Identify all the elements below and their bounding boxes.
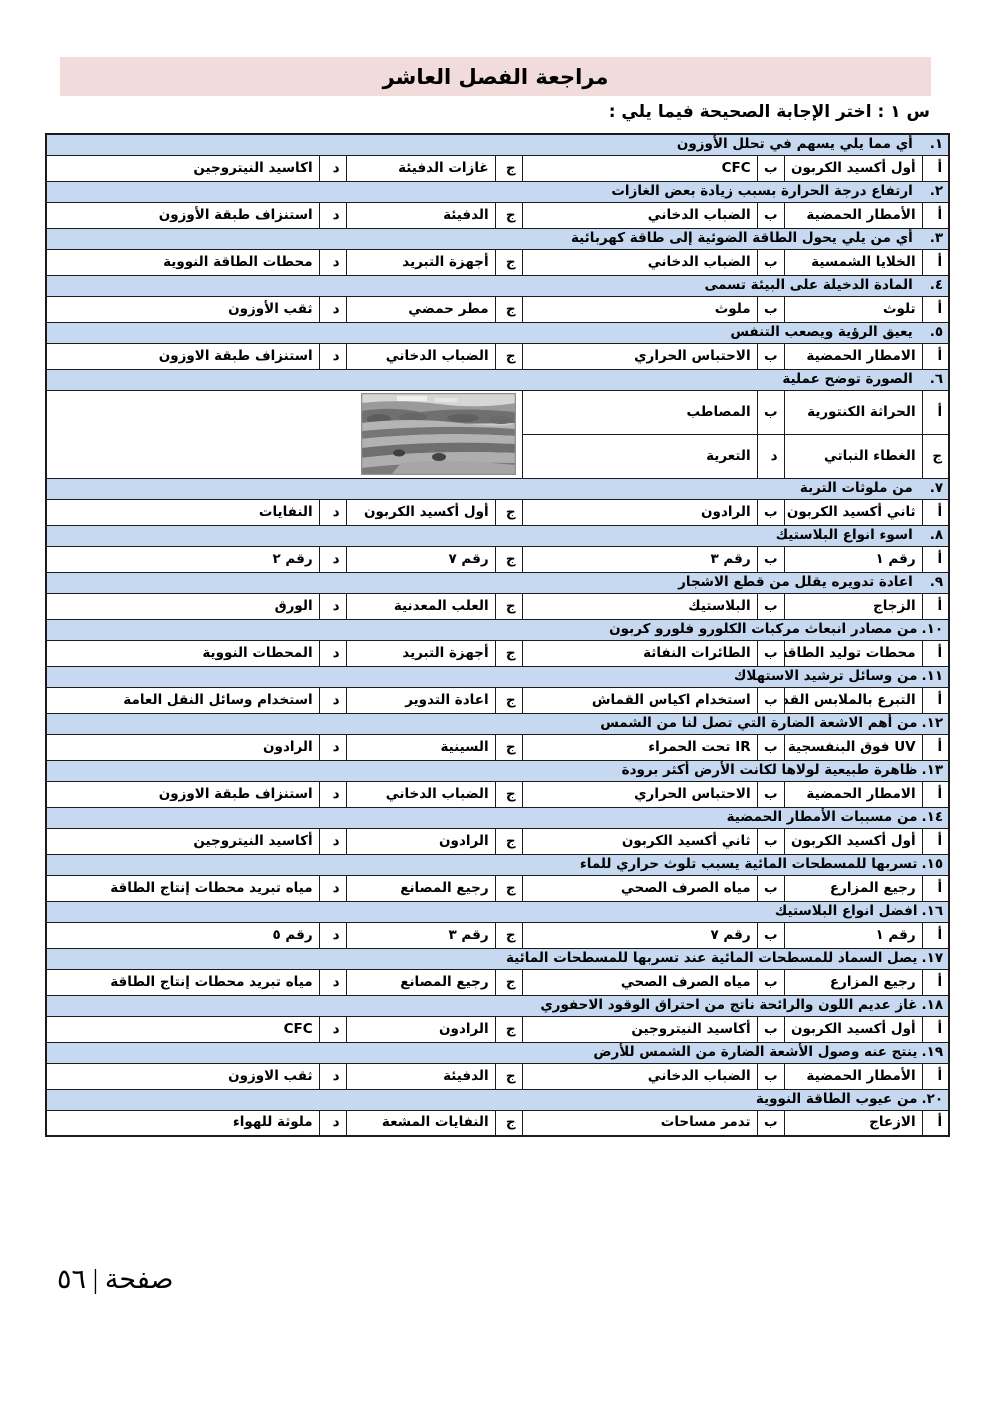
option-letter-3: ج	[495, 499, 522, 525]
option-answer-4: CFC	[46, 1016, 319, 1042]
question-text: من مسببات الأمطار الحمضية	[727, 809, 918, 825]
option-answer-4: المحطات النووية	[46, 640, 319, 666]
question-text: ارتفاع درجة الحرارة بسبب زيادة بعض الغاز…	[611, 183, 912, 199]
question-text: ظاهرة طبيعية لولاها لكانت الأرض أكثر برو…	[622, 762, 918, 778]
option-letter-2: ب	[757, 1110, 784, 1136]
option-letter-2: ب	[757, 781, 784, 807]
option-answer-1: ثاني أكسيد الكربون	[784, 499, 922, 525]
question-number: ١٥.	[921, 856, 943, 873]
option-answer-2: أكاسيد النيتروجين	[522, 1016, 757, 1042]
option-letter-2: ب	[757, 922, 784, 948]
question-text: اعادة تدويره يقلل من قطع الاشجار	[678, 574, 913, 590]
question-text: افضل انواع البلاستيك	[775, 903, 918, 919]
option-letter-3: ج	[495, 687, 522, 713]
option-answer-4: مياه تبريد محطات إنتاج الطاقة	[46, 969, 319, 995]
option-letter-2: ب	[757, 155, 784, 181]
option-answer-1: رجيع المزارع	[784, 969, 922, 995]
question-number: ١٣.	[921, 762, 943, 779]
option-letter-1: أ	[922, 202, 949, 228]
question-text: ينتج عنه وصول الأشعة الضارة من الشمس للأ…	[593, 1044, 917, 1060]
page-number: صفحة | ٥٦	[57, 1264, 173, 1295]
option-answer-4: ثقب الاوزون	[46, 1063, 319, 1089]
option-answer-3: الغطاء النباتي	[784, 434, 922, 478]
question-row: ١٢.من أهم الاشعة الضارة التي تصل لنا من …	[46, 713, 949, 734]
option-answer-1: UV فوق البنفسجية	[784, 734, 922, 760]
options-row: أأول أكسيد الكربونبCFCجغازات الدفيئةداكا…	[46, 155, 949, 181]
options-row: أالأمطار الحمضيةبالضباب الدخانيجالدفيئةد…	[46, 202, 949, 228]
options-row: أمحطات توليد الطاقةبالطائرات النفاثةجأجه…	[46, 640, 949, 666]
question-number: ٤.	[930, 277, 943, 294]
option-letter-4: د	[319, 781, 346, 807]
option-letter-3: ج	[495, 922, 522, 948]
option-letter-4: د	[319, 1063, 346, 1089]
question-cell: ١٧.يصل السماد للمسطحات المائية عند تسربه…	[46, 948, 949, 969]
option-letter-4: د	[757, 434, 784, 478]
options-row: أثاني أكسيد الكربونبالرادونجأول أكسيد ال…	[46, 499, 949, 525]
question-number: ٣.	[930, 230, 943, 247]
options-row: أالأمطار الحمضيةبالضباب الدخانيجالدفيئةد…	[46, 1063, 949, 1089]
question-number: ١٠.	[921, 621, 943, 638]
option-answer-2: IR تحت الحمراء	[522, 734, 757, 760]
option-letter-1: أ	[922, 1110, 949, 1136]
option-letter-4: د	[319, 922, 346, 948]
question-row: ١٦.افضل انواع البلاستيك	[46, 901, 949, 922]
option-letter-3: ج	[495, 875, 522, 901]
option-letter-2: ب	[757, 499, 784, 525]
option-letter-4: د	[319, 202, 346, 228]
option-letter-3: ج	[495, 155, 522, 181]
option-answer-4: الورق	[46, 593, 319, 619]
question-number: ١٢.	[921, 715, 943, 732]
options-row: أالتبرع بالملابس القديمةباستخدام اكياس ا…	[46, 687, 949, 713]
option-letter-4: د	[319, 499, 346, 525]
option-answer-1: الحراثة الكنتورية	[784, 390, 922, 434]
question-cell: ٩.اعادة تدويره يقلل من قطع الاشجار	[46, 572, 949, 593]
question-cell: ١٤.من مسببات الأمطار الحمضية	[46, 807, 949, 828]
options-row: أالامطار الحمضيةبالاحتباس الحراريجالضباب…	[46, 781, 949, 807]
option-answer-2: المصاطب	[522, 390, 757, 434]
option-answer-2: الاحتباس الحراري	[522, 343, 757, 369]
option-answer-3: السينية	[346, 734, 495, 760]
option-answer-3: أجهزة التبريد	[346, 640, 495, 666]
options-row: أرجيع المزارعبمياه الصرف الصحيجرجيع المص…	[46, 969, 949, 995]
option-answer-2: تدمر مساحات	[522, 1110, 757, 1136]
page-title: مراجعة الفصل العاشر	[383, 65, 609, 89]
question-text: أي من يلي يحول الطاقة الضوئية إلى طاقة ك…	[571, 230, 913, 246]
question-number: ١٦.	[921, 903, 943, 920]
option-letter-1: أ	[922, 875, 949, 901]
option-letter-2: ب	[757, 1063, 784, 1089]
option-letter-4: د	[319, 155, 346, 181]
option-answer-2: ثاني أكسيد الكربون	[522, 828, 757, 854]
question-row: ١٩.ينتج عنه وصول الأشعة الضارة من الشمس …	[46, 1042, 949, 1063]
option-letter-1: أ	[922, 593, 949, 619]
option-answer-3: رجيع المصانع	[346, 969, 495, 995]
option-letter-3: ج	[495, 1063, 522, 1089]
question-row: ١١.من وسائل ترشيد الاستهلاك	[46, 666, 949, 687]
option-answer-2: مياه الصرف الصحي	[522, 875, 757, 901]
page-title-banner: مراجعة الفصل العاشر	[60, 57, 931, 96]
question-number: ١.	[930, 136, 943, 153]
option-letter-3: ج	[495, 343, 522, 369]
option-letter-4: د	[319, 1016, 346, 1042]
option-letter-3: ج	[495, 296, 522, 322]
option-answer-2: استخدام اكياس القماش	[522, 687, 757, 713]
question-number: ١٤.	[921, 809, 943, 826]
question-cell: ١٥.تسربها للمسطحات المائية يسبب تلوث حرا…	[46, 854, 949, 875]
question-cell: ٢.ارتفاع درجة الحرارة بسبب زيادة بعض الغ…	[46, 181, 949, 202]
option-letter-1: أ	[922, 390, 949, 434]
option-letter-1: أ	[922, 687, 949, 713]
option-letter-1: أ	[922, 155, 949, 181]
option-answer-4: محطات الطاقة النووية	[46, 249, 319, 275]
question-text: من عيوب الطاقة النووية	[756, 1091, 918, 1107]
option-answer-2: رقم ٧	[522, 922, 757, 948]
option-letter-2: ب	[757, 202, 784, 228]
option-letter-2: ب	[757, 875, 784, 901]
option-answer-1: الزجاج	[784, 593, 922, 619]
option-answer-1: الامطار الحمضية	[784, 781, 922, 807]
options-row: أرجيع المزارعبمياه الصرف الصحيجرجيع المص…	[46, 875, 949, 901]
option-answer-3: أجهزة التبريد	[346, 249, 495, 275]
question-row: ١٣.ظاهرة طبيعية لولاها لكانت الأرض أكثر …	[46, 760, 949, 781]
question-text: من مصادر انبعاث مركبات الكلورو فلورو كرب…	[609, 621, 917, 637]
option-letter-3: ج	[495, 202, 522, 228]
option-answer-2: الاحتباس الحراري	[522, 781, 757, 807]
option-letter-2: ب	[757, 390, 784, 434]
question-number: ٢.	[930, 183, 943, 200]
question-row: ٩.اعادة تدويره يقلل من قطع الاشجار	[46, 572, 949, 593]
option-answer-4: رقم ٥	[46, 922, 319, 948]
option-answer-3: رجيع المصانع	[346, 875, 495, 901]
question-number: ٦.	[930, 371, 943, 388]
option-letter-1: أ	[922, 1016, 949, 1042]
option-letter-2: ب	[757, 249, 784, 275]
option-letter-3: ج	[495, 969, 522, 995]
question-row: ٧.من ملوثات التربة	[46, 478, 949, 499]
question-cell: ١٨.غاز عديم اللون والرائحة ناتج من احترا…	[46, 995, 949, 1016]
option-answer-2: البلاستيك	[522, 593, 757, 619]
option-answer-4: ثقب الأوزون	[46, 296, 319, 322]
option-letter-2: ب	[757, 687, 784, 713]
option-letter-4: د	[319, 734, 346, 760]
question-row: ١٧.يصل السماد للمسطحات المائية عند تسربه…	[46, 948, 949, 969]
option-letter-3: ج	[495, 734, 522, 760]
option-answer-4: ملوثة للهواء	[46, 1110, 319, 1136]
options-row: أالحراثة الكنتوريةبالمصاطب	[46, 390, 949, 434]
option-letter-4: د	[319, 343, 346, 369]
question-text: يصل السماد للمسطحات المائية عند تسربها ل…	[506, 950, 918, 966]
option-letter-3: ج	[922, 434, 949, 478]
instruction-text: س ١ : اختر الإجابة الصحيحة فيما يلي :	[609, 102, 930, 122]
option-answer-3: الدفيئة	[346, 1063, 495, 1089]
questions-table: ١.أي مما يلي يسهم في تحلل الأوزونأأول أك…	[45, 133, 950, 1137]
option-answer-1: محطات توليد الطاقة	[784, 640, 922, 666]
option-letter-4: د	[319, 1110, 346, 1136]
question-row: ١.أي مما يلي يسهم في تحلل الأوزون	[46, 134, 949, 155]
option-letter-2: ب	[757, 1016, 784, 1042]
question-text: يعيق الرؤية ويصعب التنفس	[730, 324, 912, 340]
option-letter-1: أ	[922, 1063, 949, 1089]
question-text: غاز عديم اللون والرائحة ناتج من احتراق ا…	[540, 997, 917, 1013]
option-answer-3: مطر حمضي	[346, 296, 495, 322]
option-letter-2: ب	[757, 734, 784, 760]
option-answer-3: أول أكسيد الكربون	[346, 499, 495, 525]
options-row: أرقم ١برقم ٧جرقم ٣درقم ٥	[46, 922, 949, 948]
option-letter-3: ج	[495, 546, 522, 572]
question-cell: ١٦.افضل انواع البلاستيك	[46, 901, 949, 922]
question-row: ٥.يعيق الرؤية ويصعب التنفس	[46, 322, 949, 343]
option-answer-4: مياه تبريد محطات إنتاج الطاقة	[46, 875, 319, 901]
option-letter-4: د	[319, 593, 346, 619]
option-letter-1: أ	[922, 296, 949, 322]
option-answer-1: الخلايا الشمسية	[784, 249, 922, 275]
options-row: أرقم ١برقم ٣جرقم ٧درقم ٢	[46, 546, 949, 572]
option-answer-4: استخدام وسائل النقل العامة	[46, 687, 319, 713]
option-answer-4: اكاسيد النيتروجين	[46, 155, 319, 181]
options-row: أالازعاجبتدمر مساحاتجالنفايات المشعةدملو…	[46, 1110, 949, 1136]
option-answer-1: التبرع بالملابس القديمة	[784, 687, 922, 713]
option-letter-3: ج	[495, 1110, 522, 1136]
option-answer-3: النفايات المشعة	[346, 1110, 495, 1136]
option-letter-1: أ	[922, 546, 949, 572]
option-answer-1: رقم ١	[784, 922, 922, 948]
question-number: ٢٠.	[921, 1091, 943, 1108]
question-number: ٧.	[930, 480, 943, 497]
option-answer-3: غازات الدفيئة	[346, 155, 495, 181]
option-answer-1: أول أكسيد الكربون	[784, 1016, 922, 1042]
options-row: أUV فوق البنفسجيةبIR تحت الحمراءجالسينية…	[46, 734, 949, 760]
question-row: ١٠.من مصادر انبعاث مركبات الكلورو فلورو …	[46, 619, 949, 640]
option-answer-1: أول أكسيد الكربون	[784, 155, 922, 181]
question-text: المادة الدخيلة على البيئة تسمى	[704, 277, 912, 293]
question-row: ٤.المادة الدخيلة على البيئة تسمى	[46, 275, 949, 296]
option-letter-2: ب	[757, 296, 784, 322]
options-row: أأول أكسيد الكربونبأكاسيد النيتروجينجالر…	[46, 1016, 949, 1042]
question-cell: ٧.من ملوثات التربة	[46, 478, 949, 499]
question-row: ١٤.من مسببات الأمطار الحمضية	[46, 807, 949, 828]
option-letter-3: ج	[495, 1016, 522, 1042]
option-answer-4: رقم ٢	[46, 546, 319, 572]
question-number: ١٩.	[921, 1044, 943, 1061]
option-letter-4: د	[319, 875, 346, 901]
option-answer-4: استنزاف طبقة الأوزون	[46, 202, 319, 228]
option-answer-3: رقم ٧	[346, 546, 495, 572]
question-row: ١٨.غاز عديم اللون والرائحة ناتج من احترا…	[46, 995, 949, 1016]
question-cell: ١.أي مما يلي يسهم في تحلل الأوزون	[46, 134, 949, 155]
option-letter-3: ج	[495, 781, 522, 807]
option-answer-3: رقم ٣	[346, 922, 495, 948]
option-answer-4: التعرية	[522, 434, 757, 478]
option-answer-2: الضباب الدخاني	[522, 1063, 757, 1089]
option-letter-2: ب	[757, 640, 784, 666]
question-cell: ١٠.من مصادر انبعاث مركبات الكلورو فلورو …	[46, 619, 949, 640]
options-row: أالخلايا الشمسيةبالضباب الدخانيجأجهزة ال…	[46, 249, 949, 275]
question-number: ٩.	[930, 574, 943, 591]
option-letter-2: ب	[757, 343, 784, 369]
option-letter-1: أ	[922, 734, 949, 760]
option-answer-2: الرادون	[522, 499, 757, 525]
question-number: ٥.	[930, 324, 943, 341]
option-letter-2: ب	[757, 593, 784, 619]
option-letter-1: أ	[922, 969, 949, 995]
option-letter-1: أ	[922, 922, 949, 948]
option-answer-3: الرادون	[346, 828, 495, 854]
question-text: من أهم الاشعة الضارة التي تصل لنا من الش…	[600, 715, 917, 731]
option-answer-3: الضباب الدخاني	[346, 343, 495, 369]
question-cell: ١٣.ظاهرة طبيعية لولاها لكانت الأرض أكثر …	[46, 760, 949, 781]
options-row: أالامطار الحمضيةبالاحتباس الحراريجالضباب…	[46, 343, 949, 369]
option-answer-2: الضباب الدخاني	[522, 249, 757, 275]
option-letter-1: أ	[922, 781, 949, 807]
option-letter-1: أ	[922, 640, 949, 666]
option-letter-1: أ	[922, 499, 949, 525]
option-answer-3: الرادون	[346, 1016, 495, 1042]
option-letter-2: ب	[757, 546, 784, 572]
options-row: أتلوثبملوثجمطر حمضيدثقب الأوزون	[46, 296, 949, 322]
option-letter-1: أ	[922, 828, 949, 854]
option-answer-2: الطائرات النفاثة	[522, 640, 757, 666]
option-letter-3: ج	[495, 593, 522, 619]
option-answer-2: ملوث	[522, 296, 757, 322]
option-answer-3: اعادة التدوير	[346, 687, 495, 713]
option-letter-1: أ	[922, 343, 949, 369]
question-cell: ٦.الصورة توضح عملية	[46, 369, 949, 390]
option-answer-4: استنزاف طبقة الاوزون	[46, 781, 319, 807]
question-row: ١٥.تسربها للمسطحات المائية يسبب تلوث حرا…	[46, 854, 949, 875]
question-cell: ٣.أي من يلي يحول الطاقة الضوئية إلى طاقة…	[46, 228, 949, 249]
option-answer-1: الازعاج	[784, 1110, 922, 1136]
question-row: ٨.اسوء انواع البلاستيك	[46, 525, 949, 546]
option-letter-2: ب	[757, 969, 784, 995]
question-image-cell	[46, 390, 522, 478]
question-cell: ٥.يعيق الرؤية ويصعب التنفس	[46, 322, 949, 343]
question-row: ٢٠.من عيوب الطاقة النووية	[46, 1089, 949, 1110]
option-answer-3: العلب المعدنية	[346, 593, 495, 619]
option-answer-1: الأمطار الحمضية	[784, 202, 922, 228]
question-cell: ١٢.من أهم الاشعة الضارة التي تصل لنا من …	[46, 713, 949, 734]
question-number: ١٨.	[921, 997, 943, 1014]
question-row: ٦.الصورة توضح عملية	[46, 369, 949, 390]
option-letter-3: ج	[495, 249, 522, 275]
question-row: ٢.ارتفاع درجة الحرارة بسبب زيادة بعض الغ…	[46, 181, 949, 202]
options-row: أأول أكسيد الكربونبثاني أكسيد الكربونجال…	[46, 828, 949, 854]
option-letter-4: د	[319, 969, 346, 995]
option-letter-3: ج	[495, 828, 522, 854]
option-answer-3: الدفيئة	[346, 202, 495, 228]
options-row: أالزجاجبالبلاستيكجالعلب المعدنيةدالورق	[46, 593, 949, 619]
question-number: ٨.	[930, 527, 943, 544]
option-answer-1: أول أكسيد الكربون	[784, 828, 922, 854]
question-cell: ٢٠.من عيوب الطاقة النووية	[46, 1089, 949, 1110]
option-letter-1: أ	[922, 249, 949, 275]
option-letter-3: ج	[495, 640, 522, 666]
question-cell: ١١.من وسائل ترشيد الاستهلاك	[46, 666, 949, 687]
option-letter-2: ب	[757, 828, 784, 854]
option-answer-4: الرادون	[46, 734, 319, 760]
option-answer-4: استنزاف طبقة الاوزون	[46, 343, 319, 369]
option-letter-4: د	[319, 296, 346, 322]
option-answer-1: الأمطار الحمضية	[784, 1063, 922, 1089]
option-letter-4: د	[319, 249, 346, 275]
question-cell: ٤.المادة الدخيلة على البيئة تسمى	[46, 275, 949, 296]
question-text: من وسائل ترشيد الاستهلاك	[734, 668, 918, 684]
option-letter-4: د	[319, 687, 346, 713]
question-text: أي مما يلي يسهم في تحلل الأوزون	[677, 136, 913, 152]
option-answer-3: الضباب الدخاني	[346, 781, 495, 807]
option-letter-4: د	[319, 640, 346, 666]
question-row: ٣.أي من يلي يحول الطاقة الضوئية إلى طاقة…	[46, 228, 949, 249]
option-letter-4: د	[319, 546, 346, 572]
option-answer-1: رجيع المزارع	[784, 875, 922, 901]
question-text: اسوء انواع البلاستيك	[776, 527, 913, 543]
question-text: تسربها للمسطحات المائية يسبب تلوث حراري …	[580, 856, 918, 872]
option-answer-4: النفايات	[46, 499, 319, 525]
question-number: ١١.	[921, 668, 943, 685]
option-answer-1: تلوث	[784, 296, 922, 322]
question-text: من ملوثات التربة	[800, 480, 913, 496]
question-text: الصورة توضح عملية	[782, 371, 912, 387]
option-answer-2: الضباب الدخاني	[522, 202, 757, 228]
option-answer-1: رقم ١	[784, 546, 922, 572]
option-answer-2: مياه الصرف الصحي	[522, 969, 757, 995]
option-letter-4: د	[319, 828, 346, 854]
option-answer-4: أكاسيد النيتروجين	[46, 828, 319, 854]
option-answer-1: الامطار الحمضية	[784, 343, 922, 369]
terraced-farmland-photo	[361, 393, 516, 475]
option-answer-2: رقم ٣	[522, 546, 757, 572]
question-cell: ٨.اسوء انواع البلاستيك	[46, 525, 949, 546]
question-cell: ١٩.ينتج عنه وصول الأشعة الضارة من الشمس …	[46, 1042, 949, 1063]
option-answer-2: CFC	[522, 155, 757, 181]
question-number: ١٧.	[921, 950, 943, 967]
